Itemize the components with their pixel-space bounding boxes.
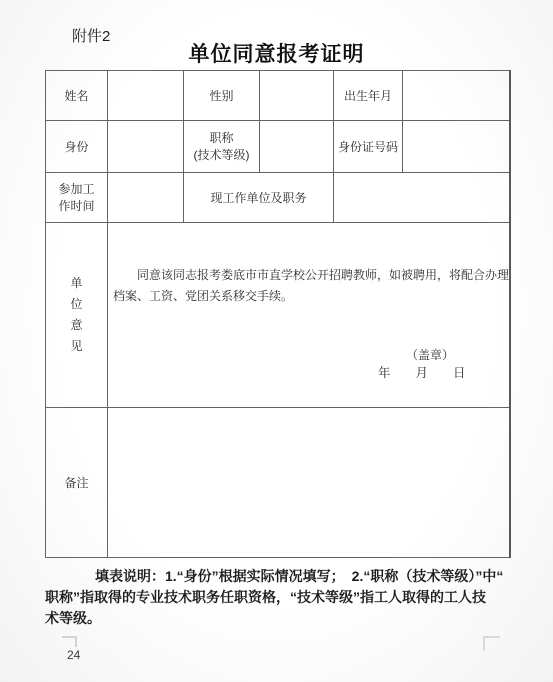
identity-label-cell: 身份: [46, 121, 108, 173]
page-title: 单位同意报考证明: [0, 38, 553, 68]
name-value-cell: [108, 71, 184, 121]
remarks-value-cell: [108, 408, 510, 558]
unit-opinion-label-cell: 单 位 意 见: [46, 223, 108, 408]
application-form-table: 姓名 性别 出生年月 身份 职称 (技术等级) 身份证号码 参加工 作时间 现工…: [45, 70, 511, 558]
document-page: 附件2 单位同意报考证明 姓名 性别 出生年月 身份 职称 (技术等级) 身份证…: [0, 0, 553, 682]
instructions-line-1: 填表说明：1.“身份”根据实际情况填写； 2.“职称（技术等级）”中“: [45, 566, 520, 587]
unit-opinion-text: 同意该同志报考娄底市市直学校公开招聘教师，如被聘用，将配合办理人事档案、工资、党…: [113, 265, 510, 307]
page-number: 24: [67, 648, 80, 662]
name-label-cell: 姓名: [46, 71, 108, 121]
title-grade-label-cell: 职称 (技术等级): [184, 121, 260, 173]
birth-date-value-cell: [403, 71, 510, 121]
date-year-month-day-line: 年 月 日: [378, 363, 466, 381]
current-unit-value-cell: [334, 173, 510, 223]
work-start-value-cell: [108, 173, 184, 223]
work-start-label-cell: 参加工 作时间: [46, 173, 108, 223]
instructions-line-2: 职称”指取得的专业技术职务任职资格，“技术等级”指工人取得的工人技: [45, 587, 520, 608]
unit-opinion-content-cell: 同意该同志报考娄底市市直学校公开招聘教师，如被聘用，将配合办理人事档案、工资、党…: [108, 223, 510, 408]
table-row: 身份 职称 (技术等级) 身份证号码: [46, 121, 510, 173]
identity-value-cell: [108, 121, 184, 173]
id-number-label-cell: 身份证号码: [334, 121, 403, 173]
birth-date-label-cell: 出生年月: [334, 71, 403, 121]
gender-value-cell: [260, 71, 334, 121]
instructions-line-3: 术等级。: [45, 608, 520, 629]
current-unit-label-cell: 现工作单位及职务: [184, 173, 334, 223]
table-row: 姓名 性别 出生年月: [46, 71, 510, 121]
title-grade-value-cell: [260, 121, 334, 173]
left-crop-mark: [62, 636, 77, 647]
right-crop-mark: [483, 636, 500, 651]
table-row: 单 位 意 见 同意该同志报考娄底市市直学校公开招聘教师，如被聘用，将配合办理人…: [46, 223, 510, 408]
form-filling-instructions: 填表说明：1.“身份”根据实际情况填写； 2.“职称（技术等级）”中“ 职称”指…: [45, 566, 520, 629]
remarks-label-cell: 备注: [46, 408, 108, 558]
table-row: 参加工 作时间 现工作单位及职务: [46, 173, 510, 223]
gender-label-cell: 性别: [184, 71, 260, 121]
id-number-value-cell: [403, 121, 510, 173]
table-row: 备注: [46, 408, 510, 558]
stamp-here-label: （盖章）: [406, 346, 454, 363]
